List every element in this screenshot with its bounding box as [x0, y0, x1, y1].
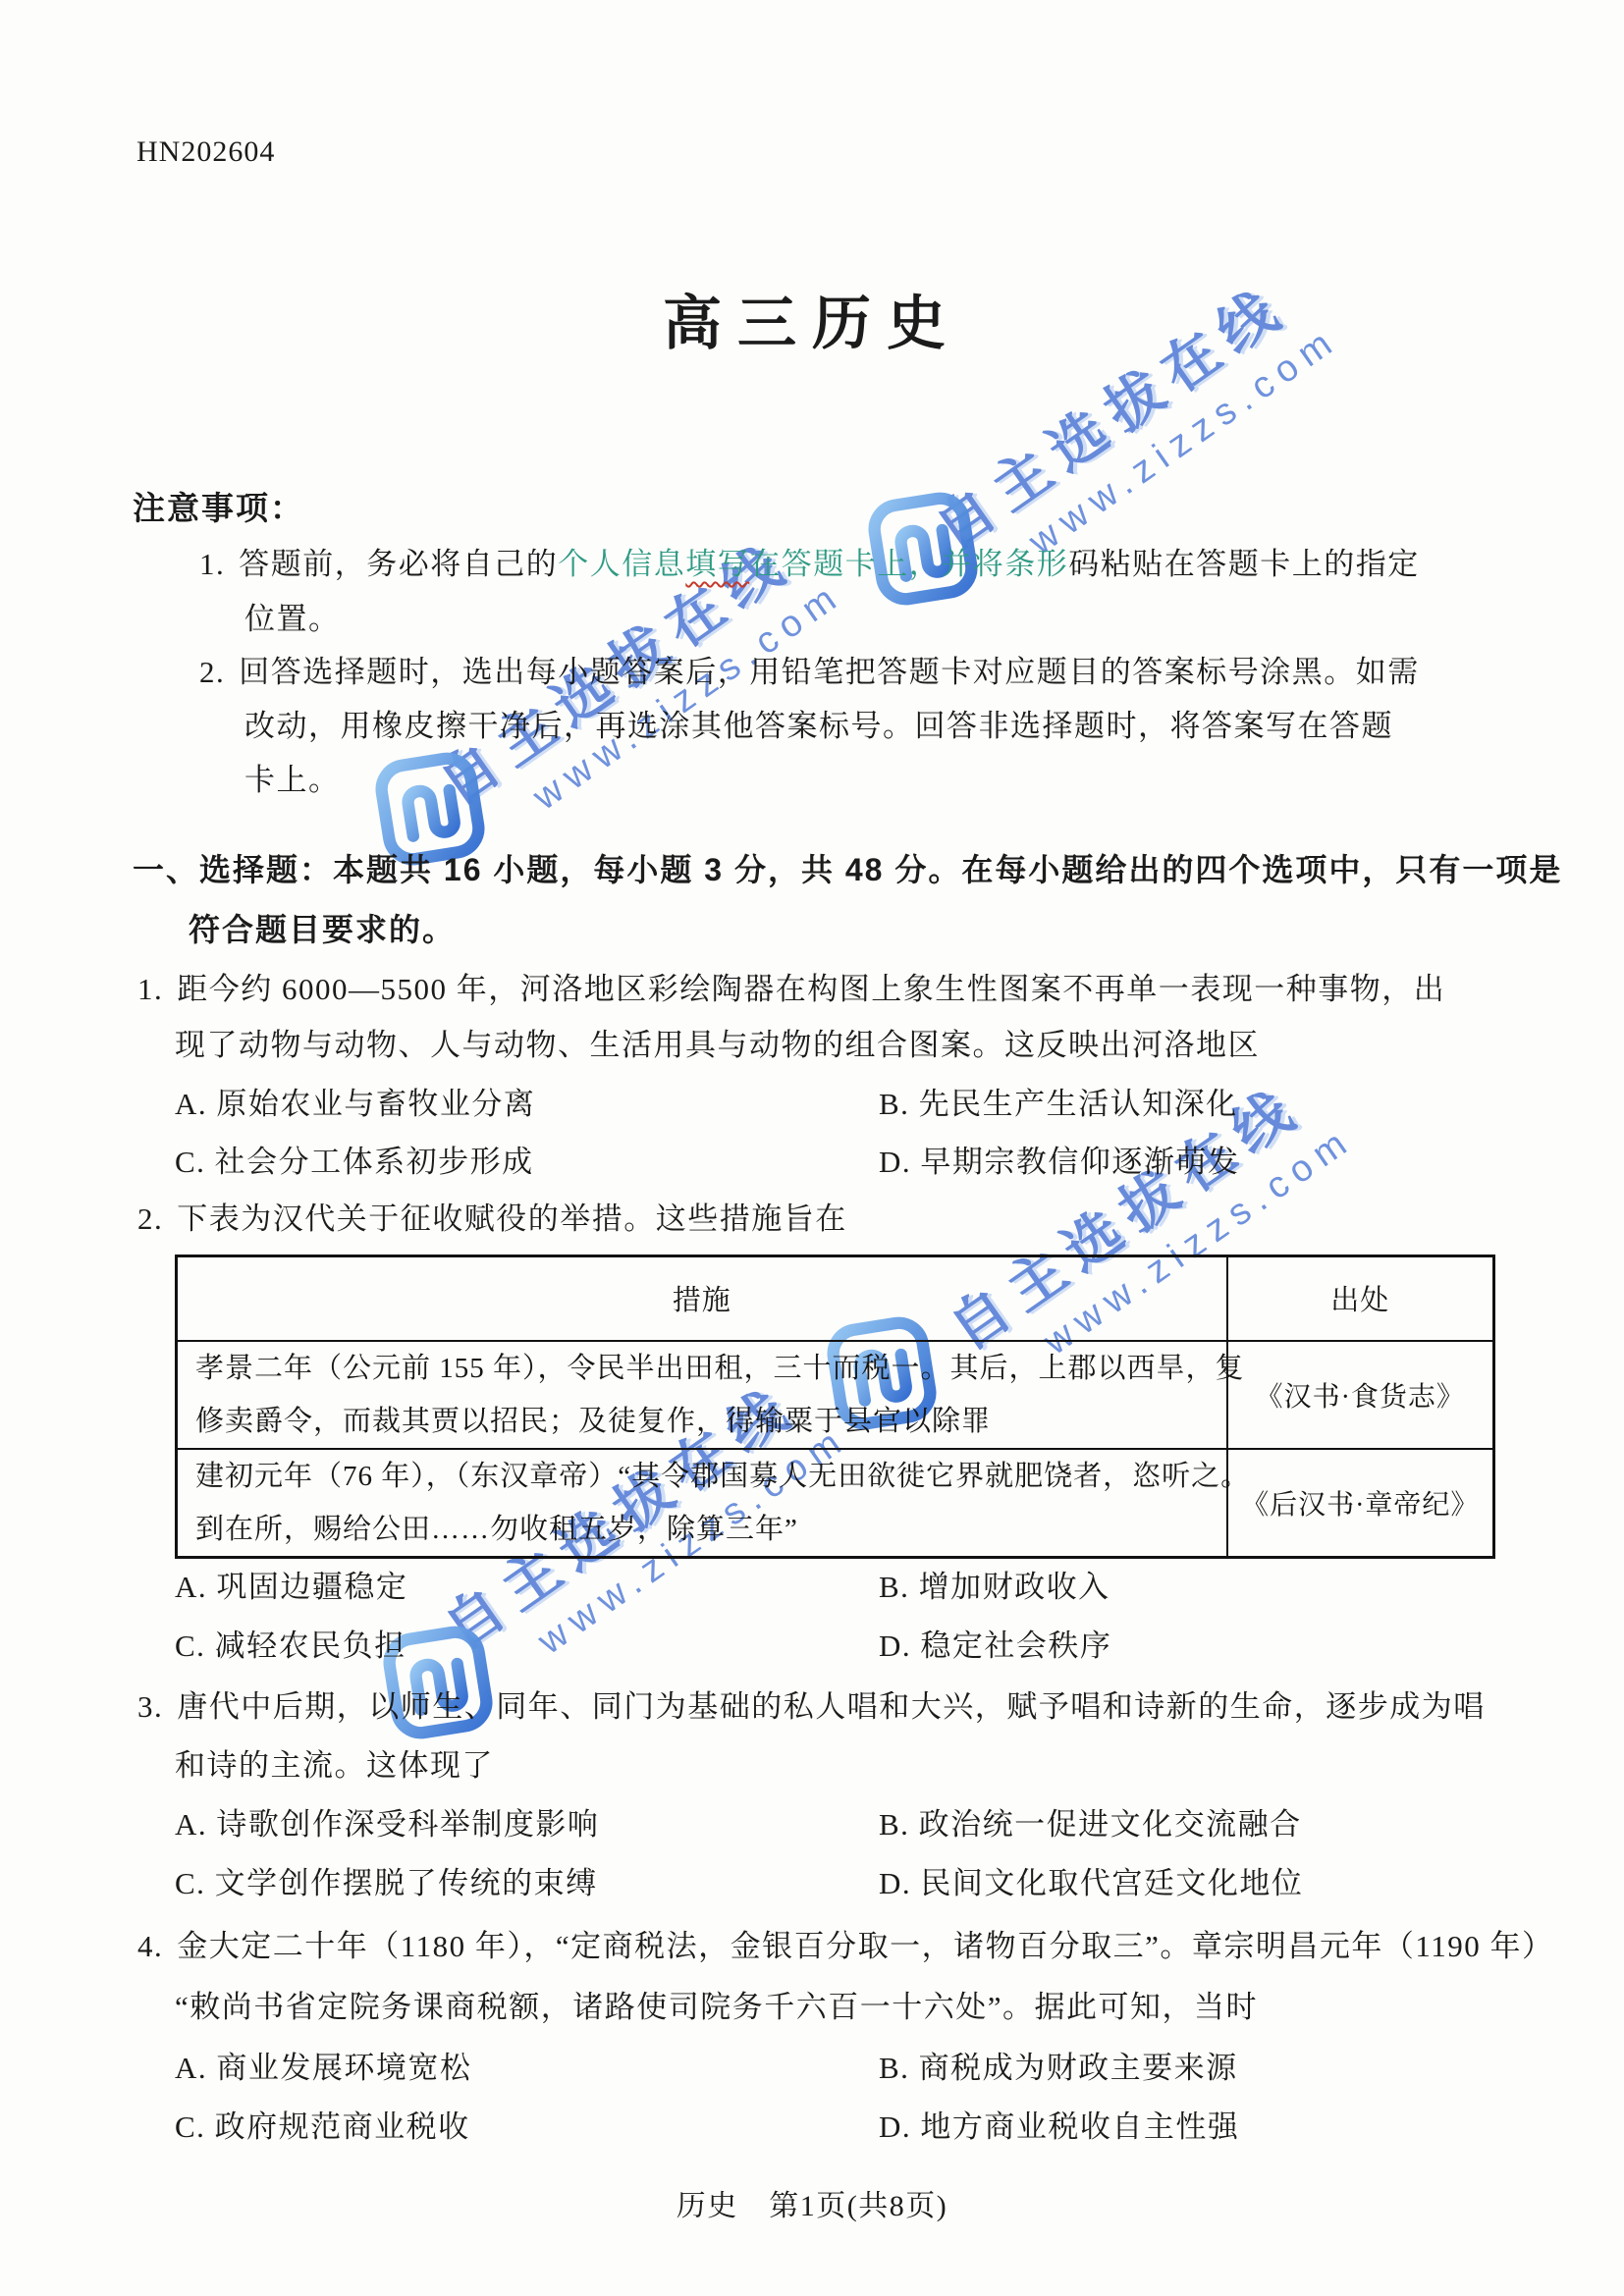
exam-title: 高三历史 [0, 287, 1624, 360]
question-2-option-a: A. 巩固边疆稳定 [175, 1569, 407, 1607]
note-text-highlight: 个人信息 [558, 547, 685, 581]
table-row: 孝景二年（公元前 155 年），令民半出田租，三十而税一。其后，上郡以西旱，复 … [177, 1341, 1494, 1449]
section-header-line-2: 符合题目要求的。 [189, 910, 456, 949]
measure-text-line: 修卖爵令，而裁其贾以招民；及徒复作，得输粟于县官以除罪 [195, 1395, 1209, 1448]
question-number: 3. [137, 1688, 163, 1727]
question-text: 金大定二十年（1180 年），“定商税法，金银百分取一，诸物百分取三”。章宗明昌… [177, 1929, 1553, 1963]
measure-text-line: 建初元年（76 年），（东汉章帝）“其令郡国募人无田欲徙它界就肥饶者，恣听之。 [195, 1450, 1209, 1503]
question-1-option-c: C. 社会分工体系初步形成 [175, 1144, 534, 1182]
question-2-stem: 2.下表为汉代关于征收赋役的举措。这些措施旨在 [137, 1201, 847, 1239]
exam-code: HN202604 [136, 133, 275, 171]
measure-text-line: 孝景二年（公元前 155 年），令民半出田租，三十而税一。其后，上郡以西旱，复 [195, 1342, 1209, 1395]
table-cell-source: 《后汉书·章帝纪》 [1227, 1449, 1494, 1558]
question-1-option-d: D. 早期宗教信仰逐渐萌发 [879, 1144, 1239, 1182]
note-text: 码粘贴在答题卡上的指定 [1068, 547, 1420, 581]
question-3-option-c: C. 文学创作摆脱了传统的束缚 [175, 1865, 598, 1903]
question-4-stem-line-2: “敕尚书省定院务课商税额，诸路使司院务千六百一十六处”。据此可知，当时 [175, 1989, 1258, 2027]
table-cell-source: 《汉书·食货志》 [1227, 1341, 1494, 1449]
note-item-1-line-2: 位置。 [244, 601, 341, 639]
question-2-option-b: B. 增加财政收入 [879, 1569, 1110, 1607]
question-3-option-a: A. 诗歌创作深受科举制度影响 [175, 1806, 599, 1844]
question-number: 4. [137, 1928, 163, 1966]
question-4-option-a: A. 商业发展环境宽松 [175, 2050, 471, 2088]
question-4-option-b: B. 商税成为财政主要来源 [879, 2050, 1238, 2088]
question-2-option-d: D. 稳定社会秩序 [879, 1628, 1111, 1666]
table-header-source: 出处 [1227, 1256, 1494, 1341]
note-item-number: 1. [199, 546, 225, 584]
question-1-option-a: A. 原始农业与畜牧业分离 [175, 1086, 535, 1124]
question-text: 下表为汉代关于征收赋役的举措。这些措施旨在 [177, 1201, 847, 1236]
note-text: 答题前，务必将自己的 [239, 547, 558, 581]
question-3-stem-line-1: 3.唐代中后期，以师生、同年、同门为基础的私人唱和大兴，赋予唱和诗新的生命，逐步… [137, 1688, 1486, 1727]
question-2-option-c: C. 减轻农民负担 [175, 1628, 406, 1666]
note-item-2-line-1: 2.回答选择题时，选出每小题答案后，用铅笔把答题卡对应题目的答案标号涂黑。如需 [199, 654, 1420, 692]
measure-text-line: 到在所，赐给公田……勿收租五岁，除算三年” [195, 1503, 1209, 1556]
question-4-option-d: D. 地方商业税收自主性强 [879, 2109, 1239, 2147]
section-header-line-1: 一、选择题：本题共 16 小题，每小题 3 分，共 48 分。在每小题给出的四个… [133, 850, 1562, 889]
note-text-highlight: 在答题卡上，并将条形 [749, 547, 1068, 581]
table-cell-measure: 孝景二年（公元前 155 年），令民半出田租，三十而税一。其后，上郡以西旱，复 … [177, 1341, 1227, 1449]
table-row: 建初元年（76 年），（东汉章帝）“其令郡国募人无田欲徙它界就肥饶者，恣听之。 … [177, 1449, 1494, 1558]
table-header-measure: 措施 [177, 1256, 1227, 1341]
note-item-number: 2. [199, 654, 225, 692]
question-number: 2. [137, 1201, 163, 1239]
note-item-2-line-2: 改动，用橡皮擦干净后，再选涂其他答案标号。回答非选择题时，将答案写在答题 [244, 708, 1393, 746]
table-cell-measure: 建初元年（76 年），（东汉章帝）“其令郡国募人无田欲徙它界就肥饶者，恣听之。 … [177, 1449, 1227, 1558]
question-3-stem-line-2: 和诗的主流。这体现了 [175, 1747, 494, 1786]
note-text-highlight-underlined: 填写 [685, 547, 749, 581]
question-1-stem-line-1: 1.距今约 6000—5500 年，河洛地区彩绘陶器在构图上象生性图案不再单一表… [137, 971, 1445, 1009]
question-3-option-d: D. 民间文化取代宫廷文化地位 [879, 1865, 1303, 1903]
question-3-option-b: B. 政治统一促进文化交流融合 [879, 1806, 1302, 1844]
note-text: 回答选择题时，选出每小题答案后，用铅笔把答题卡对应题目的答案标号涂黑。如需 [239, 655, 1420, 689]
question-4-stem-line-1: 4.金大定二十年（1180 年），“定商税法，金银百分取一，诸物百分取三”。章宗… [137, 1928, 1553, 1966]
notes-heading: 注意事项： [133, 488, 304, 528]
q2-measures-table: 措施 出处 孝景二年（公元前 155 年），令民半出田租，三十而税一。其后，上郡… [175, 1255, 1495, 1559]
page-footer: 历史 第1页(共8页) [0, 2188, 1624, 2225]
exam-paper-page: 自主选拔在线 www.zizzs.com 自主选拔在线 www.zizzs.co… [0, 0, 1624, 2296]
question-1-option-b: B. 先民生产生活认知深化 [879, 1086, 1238, 1124]
question-1-stem-line-2: 现了动物与动物、人与动物、生活用具与动物的组合图案。这反映出河洛地区 [175, 1027, 1260, 1065]
watermark-url-text: www.zizzs.com [525, 573, 851, 819]
note-item-2-line-3: 卡上。 [244, 762, 341, 800]
question-number: 1. [137, 971, 163, 1009]
note-item-1-line-1: 1.答题前，务必将自己的个人信息填写在答题卡上，并将条形码粘贴在答题卡上的指定 [199, 546, 1420, 584]
question-4-option-c: C. 政府规范商业税收 [175, 2109, 470, 2147]
question-text: 唐代中后期，以师生、同年、同门为基础的私人唱和大兴，赋予唱和诗新的生命，逐步成为… [177, 1689, 1486, 1724]
question-text: 距今约 6000—5500 年，河洛地区彩绘陶器在构图上象生性图案不再单一表现一… [177, 972, 1445, 1006]
